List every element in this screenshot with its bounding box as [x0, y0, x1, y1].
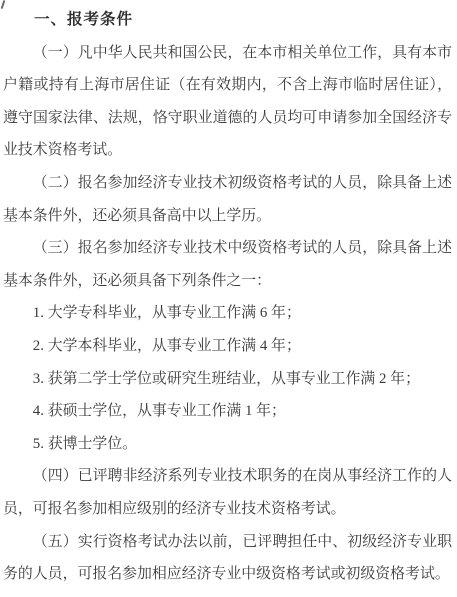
paragraph-clause-4: （四）已评聘非经济系列专业技术职务的在岗从事经济工作的人员，可报名参加相应级别的… — [3, 460, 452, 525]
paragraph-clause-5: （五）实行资格考试办法以前，已评聘担任中、初级经济专业职务的人员，可报名参加相应… — [3, 526, 452, 591]
list-item-2: 2. 大学本科毕业，从事专业工作满 4 年； — [3, 330, 452, 363]
list-item-5: 5. 获博士学位。 — [3, 428, 452, 461]
list-item-4: 4. 获硕士学位，从事专业工作满 1 年； — [3, 395, 452, 428]
document-page: 一、报考条件 （一）凡中华人民共和国公民，在本市相关单位工作，具有本市户籍或持有… — [0, 0, 457, 597]
section-heading: 一、报考条件 — [3, 4, 452, 37]
paragraph-clause-2: （二）报名参加经济专业技术初级资格考试的人员，除具备上述基本条件外，还必须具备高… — [3, 167, 452, 232]
list-item-1: 1. 大学专科毕业，从事专业工作满 6 年； — [3, 297, 452, 330]
list-item-3: 3. 获第二学士学位或研究生班结业，从事专业工作满 2 年； — [3, 363, 452, 396]
paragraph-clause-3: （三）报名参加经济专业技术中级资格考试的人员，除具备上述基本条件外，还必须具备下… — [3, 232, 452, 297]
paragraph-clause-1: （一）凡中华人民共和国公民，在本市相关单位工作，具有本市户籍或持有上海市居住证（… — [3, 37, 452, 167]
